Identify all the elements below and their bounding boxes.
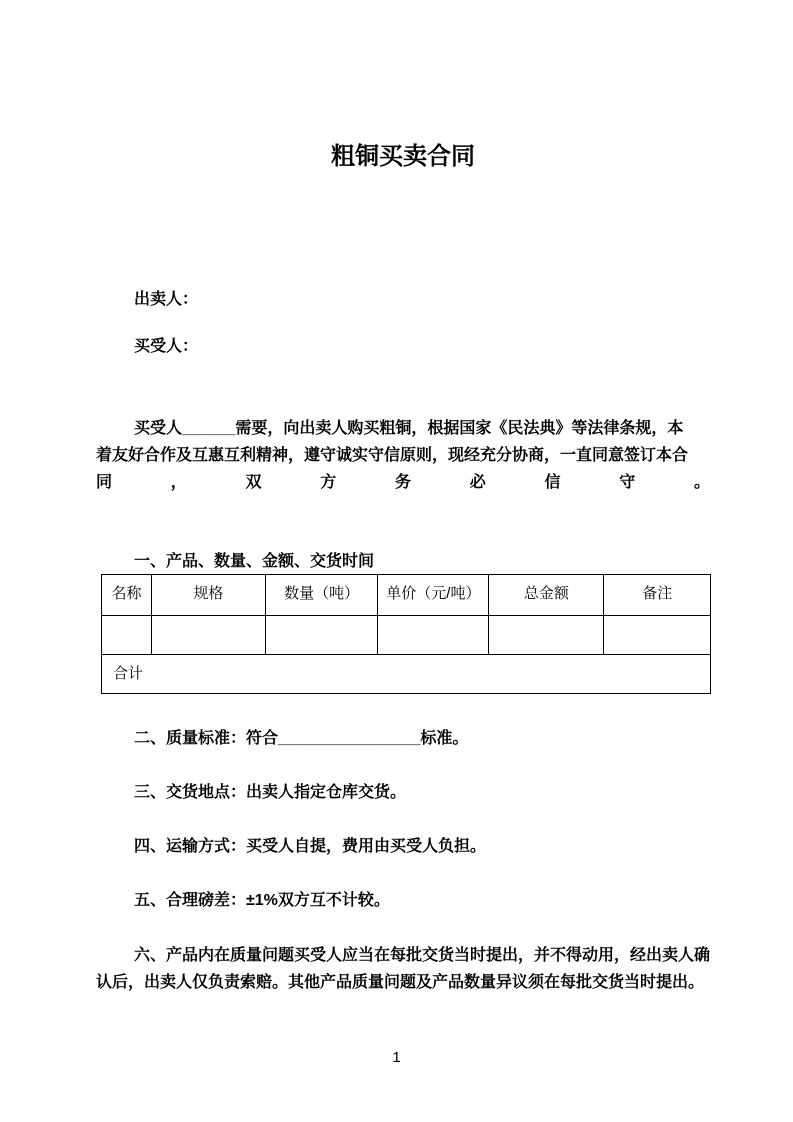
seller-label: 出卖人： — [96, 286, 710, 313]
intro-line-3: 同，双方务必信守。 — [96, 469, 710, 496]
buyer-label: 买受人： — [96, 333, 710, 360]
table-empty-cell-remarks — [604, 616, 711, 655]
document-page: 粗铜买卖合同 出卖人： 买受人： 买受人______需要，向出卖人购买粗铜，根据… — [0, 0, 793, 1122]
table-empty-cell-unit-price — [378, 616, 489, 655]
table-header-name: 名称 — [102, 575, 152, 616]
clause-2-quality-standard: 二、质量标准：符合________________标准。 — [96, 725, 710, 752]
table-header-total-amount: 总金额 — [489, 575, 604, 616]
table-empty-cell-quantity — [265, 616, 378, 655]
table-header-quantity: 数量（吨） — [265, 575, 378, 616]
document-title: 粗铜买卖合同 — [96, 0, 710, 173]
clause-4-transport-method: 四、运输方式：买受人自提，费用由买受人负担。 — [96, 833, 710, 860]
clause-3-delivery-place: 三、交货地点：出卖人指定仓库交货。 — [96, 779, 710, 806]
intro-line-1: 买受人______需要，向出卖人购买粗铜，根据国家《民法典》等法律条规，本 — [96, 415, 710, 442]
page-number: 1 — [0, 1049, 793, 1066]
product-table: 名称 规格 数量（吨） 单价（元/吨） 总金额 备注 合计 — [101, 574, 711, 694]
table-empty-cell-spec — [151, 616, 265, 655]
clause-6-quality-objection: 六、产品内在质量问题买受人应当在每批交货当时提出，并不得动用，经出卖人确认后，出… — [96, 942, 710, 996]
intro-paragraph: 买受人______需要，向出卖人购买粗铜，根据国家《民法典》等法律条规，本 着友… — [96, 415, 710, 496]
table-header-unit-price: 单价（元/吨） — [378, 575, 489, 616]
section-1-heading: 一、产品、数量、金额、交货时间 — [96, 550, 710, 574]
table-header-remarks: 备注 — [604, 575, 711, 616]
clause-5-weight-tolerance: 五、合理磅差：±1%双方互不计较。 — [96, 887, 710, 914]
table-total-label: 合计 — [102, 655, 711, 694]
table-empty-cell-name — [102, 616, 152, 655]
table-header-spec: 规格 — [151, 575, 265, 616]
table-header-row: 名称 规格 数量（吨） 单价（元/吨） 总金额 备注 — [102, 575, 711, 616]
intro-line-2: 着友好合作及互惠互利精神，遵守诚实守信原则，现经充分协商，一直同意签订本合 — [96, 442, 710, 469]
table-total-row: 合计 — [102, 655, 711, 694]
table-empty-cell-total-amount — [489, 616, 604, 655]
table-empty-row — [102, 616, 711, 655]
